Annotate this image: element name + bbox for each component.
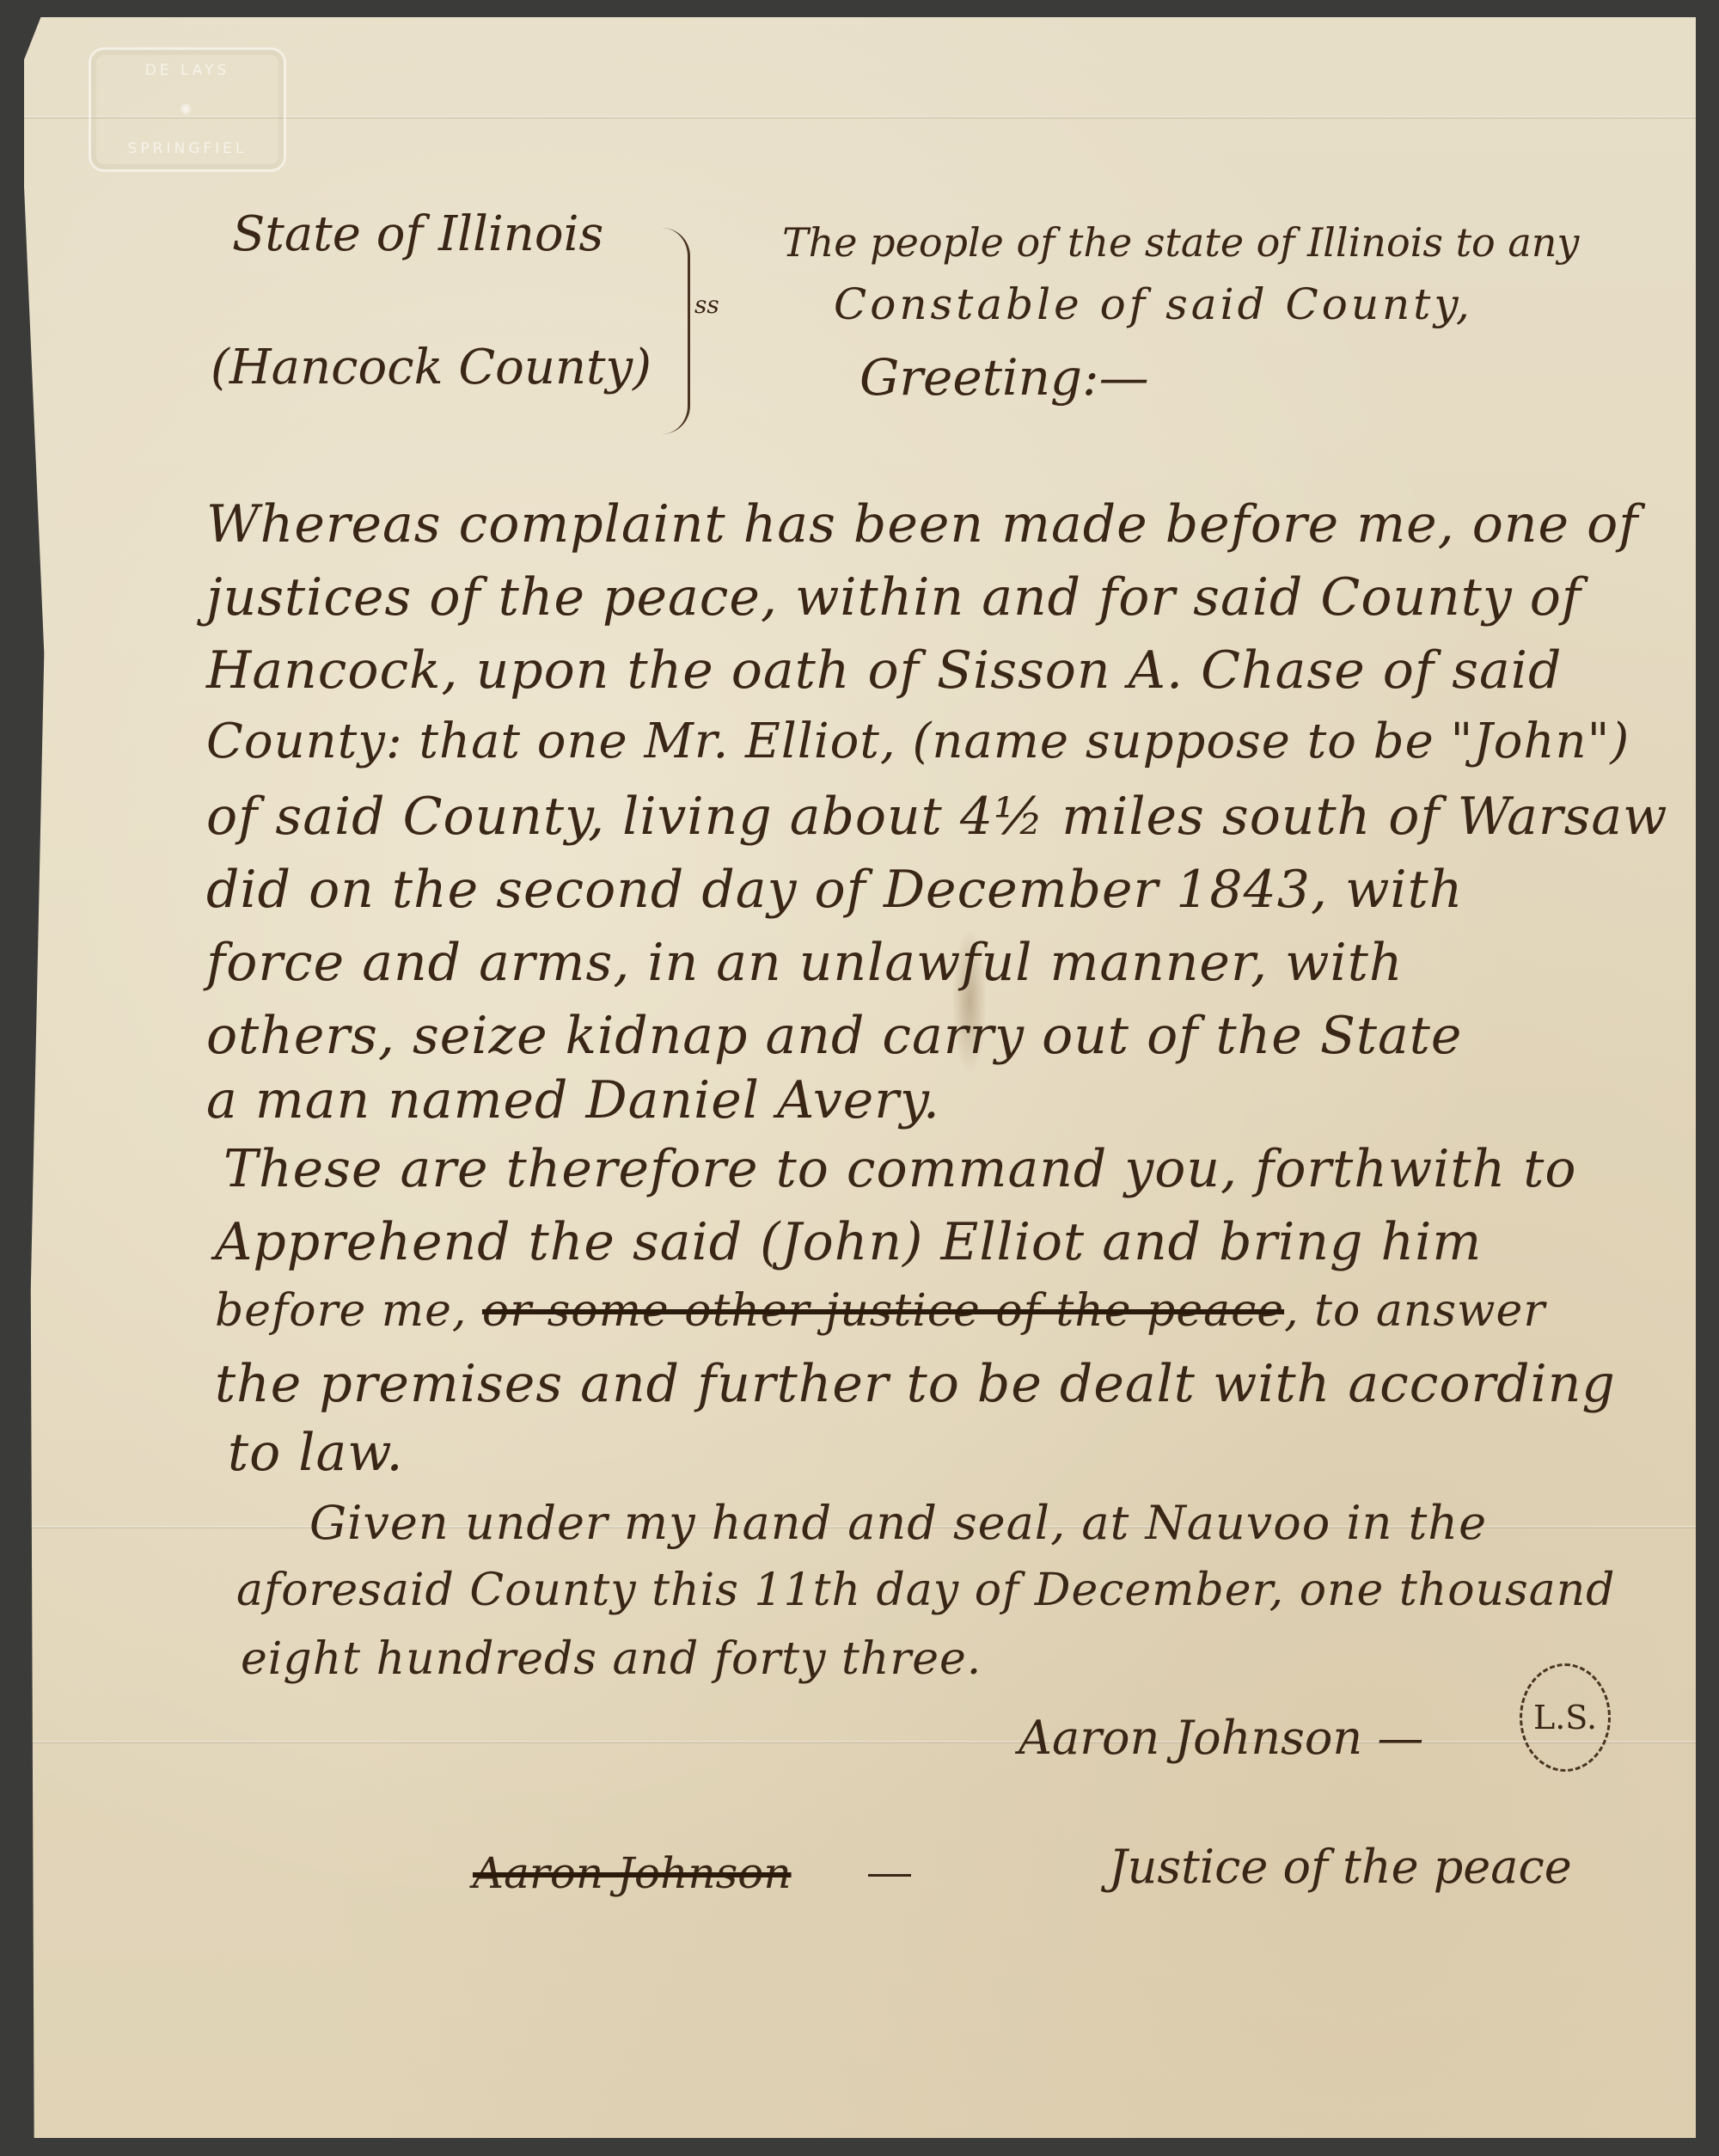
body-line: others, seize kidnap and carry out of th… [206,1006,1462,1066]
body-line: County: that one Mr. Elliot, (name suppo… [206,714,1630,769]
command-text: before me, [215,1285,467,1337]
brace-mark: ss [694,291,719,319]
paper-fold [24,1741,1696,1743]
header-greeting: Greeting:— [859,348,1149,407]
command-line: Apprehend the said (John) Elliot and bri… [215,1212,1482,1272]
header-address-line-1: The people of the state of Illinois to a… [782,219,1579,266]
brace-icon [662,228,690,434]
command-line: before me, or some other justice of the … [215,1285,1545,1337]
body-line: justices of the peace, within and for sa… [206,567,1581,628]
header-address-line-2: Constable of said County, [834,279,1473,329]
emboss-top-text: DE LAYS [145,62,230,79]
command-text: , to answer [1284,1285,1545,1337]
seal-label: L.S. [1533,1699,1597,1736]
body-line: Whereas complaint has been made before m… [206,494,1638,554]
command-line: These are therefore to command you, fort… [223,1139,1577,1199]
struck-text: or some other justice of the peace [482,1285,1284,1337]
signature: Aaron Johnson — [1019,1711,1423,1765]
header-county: (Hancock County) [211,340,652,395]
body-line: Hancock, upon the oath of Sisson A. Chas… [206,640,1562,701]
embossed-stamp: DE LAYS ✺ SPRINGFIEL [89,47,286,172]
struck-signature: Aaron Johnson [473,1848,792,1898]
emboss-bottom-text: SPRINGFIEL [128,140,248,157]
signature-title: Justice of the peace [1109,1840,1572,1894]
body-line: a man named Daniel Avery. [206,1070,940,1130]
closing-line: aforesaid County this 11th day of Decemb… [236,1565,1615,1616]
closing-line: eight hundreds and forty three. [241,1633,982,1685]
signature-dash [868,1874,911,1877]
command-line: the premises and further to be dealt wit… [215,1354,1616,1414]
command-line: to law. [228,1423,404,1483]
closing-line: Given under my hand and seal, at Nauvoo … [309,1496,1487,1550]
seal-ls: L.S. [1520,1663,1611,1772]
body-line: force and arms, in an unlawful manner, w… [206,933,1403,993]
body-line: of said County, living about 4½ miles so… [206,787,1668,847]
sunburst-icon: ✺ [180,101,195,119]
body-line: did on the second day of December 1843, … [206,860,1463,920]
header-state: State of Illinois [232,206,603,262]
